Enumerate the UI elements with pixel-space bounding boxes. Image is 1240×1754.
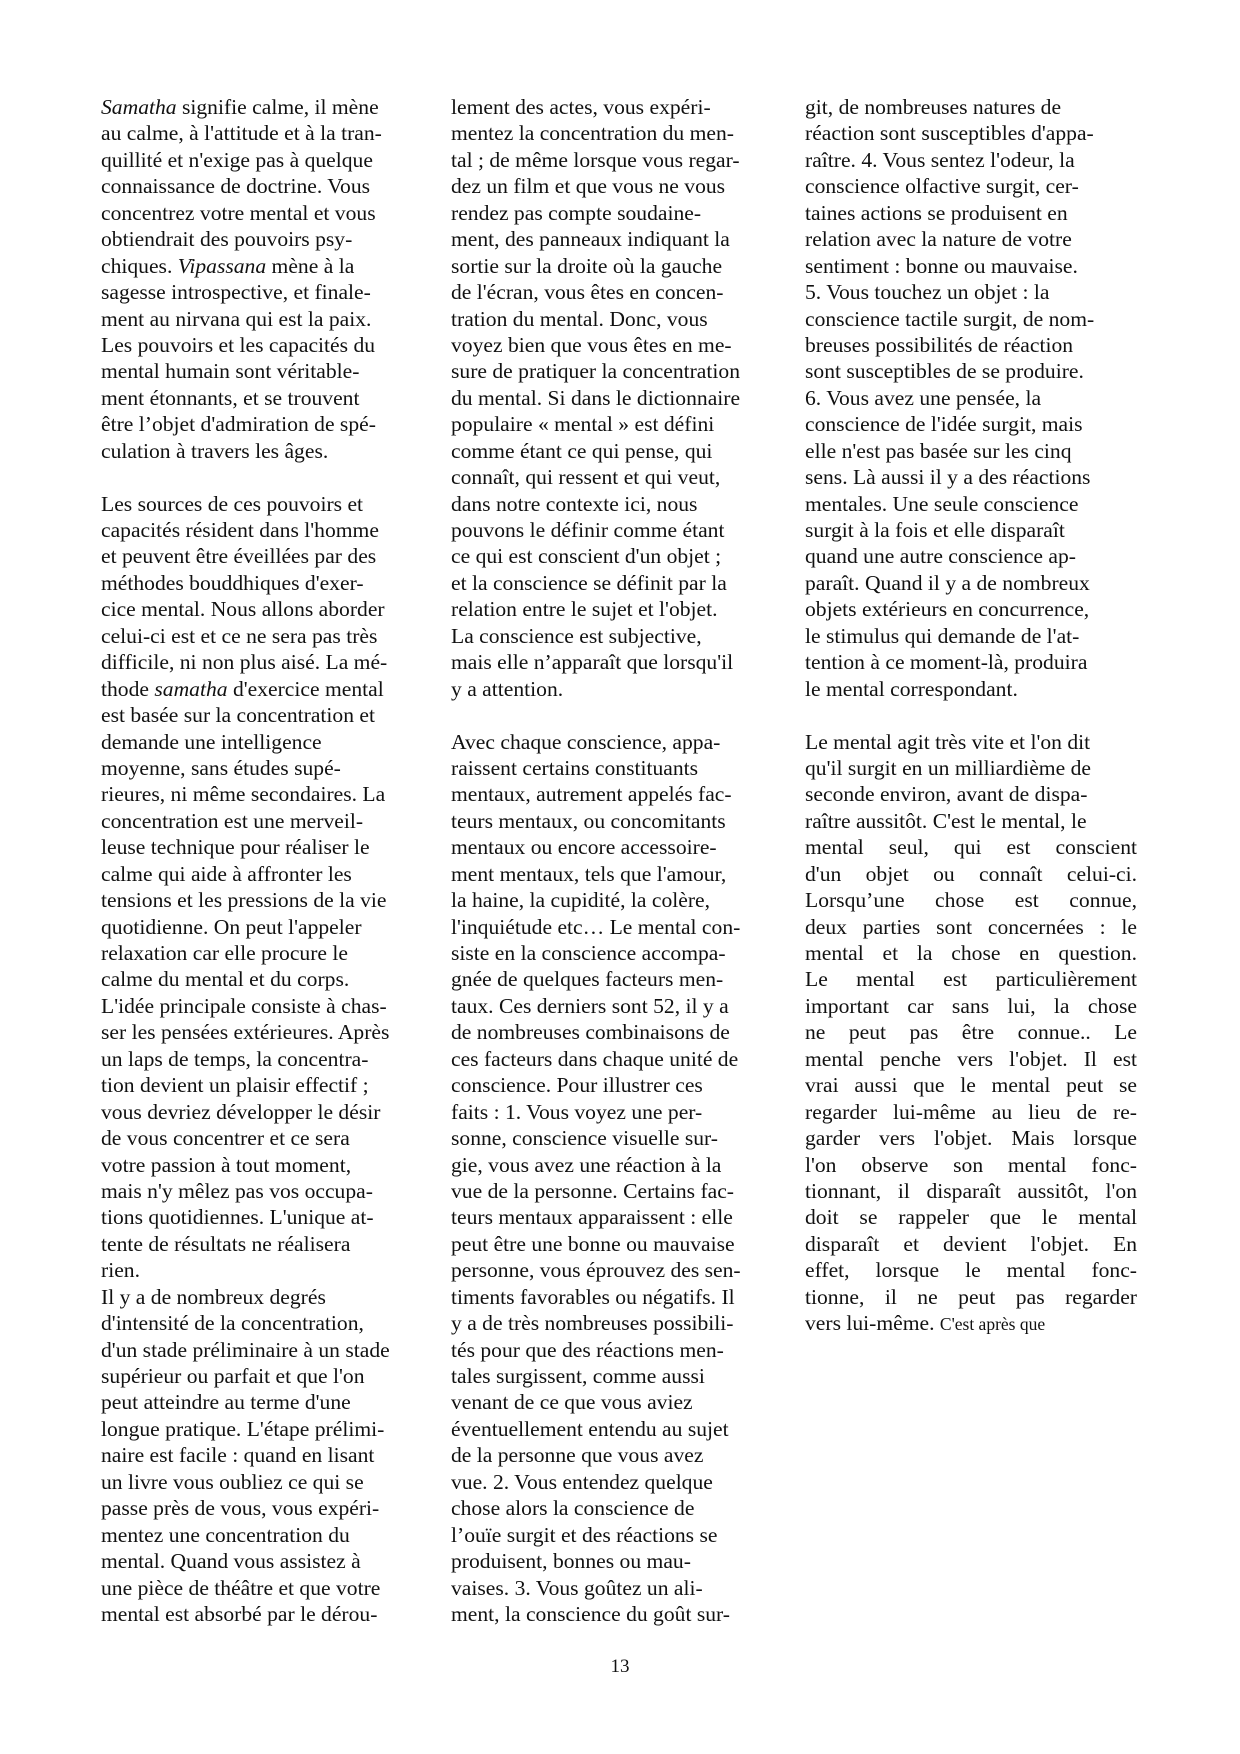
text-line: sentiment : bonne ou mauvaise.: [805, 253, 1137, 279]
text-line: Les pouvoirs et les capacités du: [101, 332, 446, 358]
text-run: de nombreuses combinaisons de: [451, 1020, 730, 1044]
text-line: connaît, qui ressent et qui veut,: [451, 464, 796, 490]
text-run: tensions et les pressions de la vie: [101, 888, 386, 912]
text-run: produisent, bonnes ou mau-: [451, 1549, 691, 1573]
text-run: teurs mentaux apparaissent : elle: [451, 1205, 733, 1229]
text-column-left: Samatha signifie calme, il mèneau calme,…: [101, 94, 446, 1627]
text-line: et peuvent être éveillées par des: [101, 543, 446, 569]
text-line: raître. 4. Vous sentez l'odeur, la: [805, 147, 1137, 173]
text-run: dans notre contexte ici, nous: [451, 492, 697, 516]
text-line: moyenne, sans études supé-: [101, 755, 446, 781]
text-run: vous devriez développer le désir: [101, 1100, 380, 1124]
text-run: conscience olfactive surgit, cer-: [805, 174, 1079, 198]
text-line: voyez bien que vous êtes en me-: [451, 332, 796, 358]
text-run: mental et la chose en question.: [805, 941, 1137, 965]
text-run: deux parties sont concernées : le: [805, 915, 1137, 939]
text-line: raissent certains constituants: [451, 755, 796, 781]
text-line: mais n'y mêlez pas vos occupa-: [101, 1178, 446, 1204]
text-run: relation avec la nature de votre: [805, 227, 1072, 251]
text-line: tention à ce moment-là, produira: [805, 649, 1137, 675]
text-run: regarder lui-même au lieu de re-: [805, 1100, 1137, 1124]
text-line: dans notre contexte ici, nous: [451, 491, 796, 517]
text-line: seconde environ, avant de dispa-: [805, 781, 1137, 807]
text-line: et la conscience se définit par la: [451, 570, 796, 596]
text-line: sonne, conscience visuelle sur-: [451, 1125, 796, 1151]
text-run: voyez bien que vous êtes en me-: [451, 333, 732, 357]
text-line: peut être une bonne ou mauvaise: [451, 1231, 796, 1257]
text-line: obtiendrait des pouvoirs psy-: [101, 226, 446, 252]
text-run: timents favorables ou négatifs. Il: [451, 1285, 735, 1309]
text-line: git, de nombreuses natures de: [805, 94, 1137, 120]
text-line: tions quotidiennes. L'unique at-: [101, 1204, 446, 1230]
text-line: tionne, il ne peut pas regarder: [805, 1284, 1137, 1310]
text-line: peut atteindre au terme d'une: [101, 1389, 446, 1415]
text-line: de la personne que vous avez: [451, 1442, 796, 1468]
text-run: au calme, à l'attitude et à la tran-: [101, 121, 382, 145]
text-run: quotidienne. On peut l'appeler: [101, 915, 362, 939]
text-run: sentiment : bonne ou mauvaise.: [805, 254, 1078, 278]
text-run: vue de la personne. Certains fac-: [451, 1179, 734, 1203]
text-line: naire est facile : quand en lisant: [101, 1442, 446, 1468]
text-line: tration du mental. Donc, vous: [451, 306, 796, 332]
text-line: au calme, à l'attitude et à la tran-: [101, 120, 446, 146]
text-line: objets extérieurs en concurrence,: [805, 596, 1137, 622]
text-run: concentration est une merveil-: [101, 809, 363, 833]
text-run: Le mental agit très vite et l'on dit: [805, 730, 1090, 754]
text-run: cice mental. Nous allons aborder: [101, 597, 385, 621]
text-line: conscience. Pour illustrer ces: [451, 1072, 796, 1098]
text-line: regarder lui-même au lieu de re-: [805, 1099, 1137, 1125]
text-line: d'un objet ou connaît celui-ci.: [805, 861, 1137, 887]
text-run: être l’objet d'admiration de spé-: [101, 412, 376, 436]
text-run: La conscience est subjective,: [451, 624, 702, 648]
text-run: ment, des panneaux indiquant la: [451, 227, 730, 251]
text-line: deux parties sont concernées : le: [805, 914, 1137, 940]
text-line: ment, la conscience du goût sur-: [451, 1601, 796, 1627]
text-run: un laps de temps, la concentra-: [101, 1047, 368, 1071]
text-line: breuses possibilités de réaction: [805, 332, 1137, 358]
text-run: teurs mentaux, ou concomitants: [451, 809, 726, 833]
text-run: relaxation car elle procure le: [101, 941, 348, 965]
text-run: réaction sont susceptibles d'appa-: [805, 121, 1094, 145]
text-run: 6. Vous avez une pensée, la: [805, 386, 1041, 410]
text-run: Avec chaque conscience, appa-: [451, 730, 720, 754]
italic-term: samatha: [154, 677, 227, 701]
text-line: le mental correspondant.: [805, 676, 1137, 702]
text-line: une pièce de théâtre et que votre: [101, 1575, 446, 1601]
text-line: populaire « mental » est défini: [451, 411, 796, 437]
text-run: rieures, ni même secondaires. La: [101, 782, 385, 806]
text-line: gnée de quelques facteurs men-: [451, 966, 796, 992]
text-run: quillité et n'exige pas à quelque: [101, 148, 373, 172]
text-line: teurs mentaux, ou concomitants: [451, 808, 796, 834]
text-run: surgit à la fois et elle disparaît: [805, 518, 1065, 542]
text-run: mais n'y mêlez pas vos occupa-: [101, 1179, 373, 1203]
text-line: mentaux ou encore accessoire-: [451, 834, 796, 860]
text-run: venant de ce que vous aviez: [451, 1390, 693, 1414]
text-line: vrai aussi que le mental peut se: [805, 1072, 1137, 1098]
text-run: seconde environ, avant de dispa-: [805, 782, 1087, 806]
text-run: concentrez votre mental et vous: [101, 201, 376, 225]
text-run: conscience tactile surgit, de nom-: [805, 307, 1094, 331]
text-line: mental seul, qui est conscient: [805, 834, 1137, 860]
text-column-right: git, de nombreuses natures deréaction so…: [805, 94, 1137, 1337]
text-run: mentaux ou encore accessoire-: [451, 835, 717, 859]
text-run: conscience. Pour illustrer ces: [451, 1073, 703, 1097]
text-line: ment mentaux, tels que l'amour,: [451, 861, 796, 887]
text-line: Il y a de nombreux degrés: [101, 1284, 446, 1310]
text-run: mental penche vers l'objet. Il est: [805, 1047, 1137, 1071]
text-run: connaît, qui ressent et qui veut,: [451, 465, 720, 489]
text-run: peut atteindre au terme d'une: [101, 1390, 351, 1414]
text-run: passe près de vous, vous expéri-: [101, 1496, 379, 1520]
text-run: vaises. 3. Vous goûtez un ali-: [451, 1576, 703, 1600]
text-run: leuse technique pour réaliser le: [101, 835, 370, 859]
text-line: de vous concentrer et ce sera: [101, 1125, 446, 1151]
text-run: un livre vous oubliez ce qui se: [101, 1470, 364, 1494]
text-line: effet, lorsque le mental fonc-: [805, 1257, 1137, 1283]
text-run: culation à travers les âges.: [101, 439, 328, 463]
text-line: Lorsqu’une chose est connue,: [805, 887, 1137, 913]
text-line: mais elle n’apparaît que lorsqu'il: [451, 649, 796, 675]
text-run: votre passion à tout moment,: [101, 1153, 351, 1177]
text-run: ment étonnants, et se trouvent: [101, 386, 359, 410]
text-run: rien.: [101, 1258, 140, 1282]
text-line: ne peut pas être connue.. Le: [805, 1019, 1137, 1045]
text-line: lement des actes, vous expéri-: [451, 94, 796, 120]
text-run: gie, vous avez une réaction à la: [451, 1153, 721, 1177]
text-line: ment au nirvana qui est la paix.: [101, 306, 446, 332]
text-line: tionnant, il disparaît aussitôt, l'on: [805, 1178, 1137, 1204]
text-line: quillité et n'exige pas à quelque: [101, 147, 446, 173]
italic-term: Samatha: [101, 95, 177, 119]
text-run: ces facteurs dans chaque unité de: [451, 1047, 738, 1071]
text-line: taux. Ces derniers sont 52, il y a: [451, 993, 796, 1019]
text-run: tente de résultats ne réalisera: [101, 1232, 350, 1256]
text-run: d'exercice mental: [228, 677, 384, 701]
text-line: cice mental. Nous allons aborder: [101, 596, 446, 622]
text-line: raître aussitôt. C'est le mental, le: [805, 808, 1137, 834]
text-line: de l'écran, vous êtes en concen-: [451, 279, 796, 305]
text-line: pouvons le définir comme étant: [451, 517, 796, 543]
text-line: éventuellement entendu au sujet: [451, 1416, 796, 1442]
text-run: difficile, ni non plus aisé. La mé-: [101, 650, 387, 674]
text-line: être l’objet d'admiration de spé-: [101, 411, 446, 437]
text-line: gie, vous avez une réaction à la: [451, 1152, 796, 1178]
text-line: rieures, ni même secondaires. La: [101, 781, 446, 807]
text-run: longue pratique. L'étape prélimi-: [101, 1417, 384, 1441]
text-line: leuse technique pour réaliser le: [101, 834, 446, 860]
text-line: mentales. Une seule conscience: [805, 491, 1137, 517]
text-run: tions quotidiennes. L'unique at-: [101, 1205, 374, 1229]
text-run: le mental correspondant.: [805, 677, 1018, 701]
text-line: sortie sur la droite où la gauche: [451, 253, 796, 279]
text-run: important car sans lui, la chose: [805, 994, 1137, 1018]
text-line: ment, des panneaux indiquant la: [451, 226, 796, 252]
text-line: sure de pratiquer la concentration: [451, 358, 796, 384]
text-line: calme qui aide à affronter les: [101, 861, 446, 887]
text-run: Il y a de nombreux degrés: [101, 1285, 326, 1309]
text-run: tionnant, il disparaît aussitôt, l'on: [805, 1179, 1137, 1203]
text-line: d'un stade préliminaire à un stade: [101, 1337, 446, 1363]
text-line: conscience olfactive surgit, cer-: [805, 173, 1137, 199]
text-line: capacités résident dans l'homme: [101, 517, 446, 543]
text-line: sens. Là aussi il y a des réactions: [805, 464, 1137, 490]
text-run: la haine, la cupidité, la colère,: [451, 888, 710, 912]
text-line: tal ; de même lorsque vous regar-: [451, 147, 796, 173]
text-run: tention à ce moment-là, produira: [805, 650, 1087, 674]
text-run: l'inquiétude etc… Le mental con-: [451, 915, 740, 939]
text-run: celui-ci est et ce ne sera pas très: [101, 624, 377, 648]
text-run: personne, vous éprouvez des sen-: [451, 1258, 741, 1282]
text-line: quand une autre conscience ap-: [805, 543, 1137, 569]
text-run: de vous concentrer et ce sera: [101, 1126, 350, 1150]
text-line: calme du mental et du corps.: [101, 966, 446, 992]
text-run: mental seul, qui est conscient: [805, 835, 1137, 859]
text-run: sens. Là aussi il y a des réactions: [805, 465, 1090, 489]
text-line: vue de la personne. Certains fac-: [451, 1178, 796, 1204]
text-run: vue. 2. Vous entendez quelque: [451, 1470, 713, 1494]
text-line: passe près de vous, vous expéri-: [101, 1495, 446, 1521]
text-line: mentaux, autrement appelés fac-: [451, 781, 796, 807]
text-run: vers lui-même.: [805, 1311, 940, 1335]
text-run: sure de pratiquer la concentration: [451, 359, 740, 383]
text-line: conscience tactile surgit, de nom-: [805, 306, 1137, 332]
text-line: tion devient un plaisir effectif ;: [101, 1072, 446, 1098]
text-line: doit se rappeler que le mental: [805, 1204, 1137, 1230]
text-run: 5. Vous touchez un objet : la: [805, 280, 1050, 304]
text-run: C'est après que: [940, 1314, 1045, 1334]
text-run: mentaux, autrement appelés fac-: [451, 782, 732, 806]
text-line: vers lui-même. C'est après que: [805, 1310, 1137, 1336]
text-line: dez un film et que vous ne vous: [451, 173, 796, 199]
text-run: d'un stade préliminaire à un stade: [101, 1338, 390, 1362]
text-line: taines actions se produisent en: [805, 200, 1137, 226]
text-run: demande une intelligence: [101, 730, 322, 754]
text-line: venant de ce que vous aviez: [451, 1389, 796, 1415]
text-line: personne, vous éprouvez des sen-: [451, 1257, 796, 1283]
text-line: mental penche vers l'objet. Il est: [805, 1046, 1137, 1072]
text-line: l'inquiétude etc… Le mental con-: [451, 914, 796, 940]
text-run: méthodes bouddhiques d'exer-: [101, 571, 364, 595]
text-line: mental. Quand vous assistez à: [101, 1548, 446, 1574]
text-run: signifie calme, il mène: [177, 95, 379, 119]
paragraph-break: [451, 702, 796, 728]
text-line: vue. 2. Vous entendez quelque: [451, 1469, 796, 1495]
text-line: tente de résultats ne réalisera: [101, 1231, 446, 1257]
text-line: surgit à la fois et elle disparaît: [805, 517, 1137, 543]
text-line: longue pratique. L'étape prélimi-: [101, 1416, 446, 1442]
text-run: taines actions se produisent en: [805, 201, 1068, 225]
text-line: Les sources de ces pouvoirs et: [101, 491, 446, 517]
text-line: ces facteurs dans chaque unité de: [451, 1046, 796, 1072]
text-run: obtiendrait des pouvoirs psy-: [101, 227, 352, 251]
text-run: de la personne que vous avez: [451, 1443, 703, 1467]
text-line: siste en la conscience accompa-: [451, 940, 796, 966]
text-run: doit se rappeler que le mental: [805, 1205, 1137, 1229]
text-run: disparaît et devient l'objet. En: [805, 1232, 1137, 1256]
text-line: quotidienne. On peut l'appeler: [101, 914, 446, 940]
text-line: 6. Vous avez une pensée, la: [805, 385, 1137, 411]
text-line: concentrez votre mental et vous: [101, 200, 446, 226]
text-column-middle: lement des actes, vous expéri-mentez la …: [451, 94, 796, 1627]
text-run: mental. Quand vous assistez à: [101, 1549, 361, 1573]
text-run: vrai aussi que le mental peut se: [805, 1073, 1137, 1097]
document-page: Samatha signifie calme, il mèneau calme,…: [0, 0, 1240, 1754]
text-line: mentez une concentration du: [101, 1522, 446, 1548]
text-line: comme étant ce qui pense, qui: [451, 438, 796, 464]
text-line: mentez la concentration du men-: [451, 120, 796, 146]
text-run: Le mental est particulièrement: [805, 967, 1137, 991]
text-line: du mental. Si dans le dictionnaire: [451, 385, 796, 411]
text-line: difficile, ni non plus aisé. La mé-: [101, 649, 446, 675]
text-line: un laps de temps, la concentra-: [101, 1046, 446, 1072]
text-run: peut être une bonne ou mauvaise: [451, 1232, 735, 1256]
text-run: et peuvent être éveillées par des: [101, 544, 376, 568]
text-run: éventuellement entendu au sujet: [451, 1417, 729, 1441]
text-run: gnée de quelques facteurs men-: [451, 967, 723, 991]
text-line: réaction sont susceptibles d'appa-: [805, 120, 1137, 146]
text-run: le stimulus qui demande de l'at-: [805, 624, 1079, 648]
text-run: raître aussitôt. C'est le mental, le: [805, 809, 1087, 833]
text-run: tal ; de même lorsque vous regar-: [451, 148, 740, 172]
text-run: pouvons le définir comme étant: [451, 518, 724, 542]
text-run: git, de nombreuses natures de: [805, 95, 1061, 119]
text-line: Le mental agit très vite et l'on dit: [805, 729, 1137, 755]
text-run: L'idée principale consiste à chas-: [101, 994, 387, 1018]
text-run: paraît. Quand il y a de nombreux: [805, 571, 1090, 595]
text-run: sagesse introspective, et finale-: [101, 280, 371, 304]
text-line: faits : 1. Vous voyez une per-: [451, 1099, 796, 1125]
text-run: tration du mental. Donc, vous: [451, 307, 708, 331]
text-line: thode samatha d'exercice mental: [101, 676, 446, 702]
text-run: Lorsqu’une chose est connue,: [805, 888, 1137, 912]
text-run: dez un film et que vous ne vous: [451, 174, 725, 198]
text-run: ne peut pas être connue.. Le: [805, 1020, 1137, 1044]
text-run: raître. 4. Vous sentez l'odeur, la: [805, 148, 1075, 172]
text-run: mentez la concentration du men-: [451, 121, 734, 145]
text-run: tionne, il ne peut pas regarder: [805, 1285, 1137, 1309]
text-line: La conscience est subjective,: [451, 623, 796, 649]
text-run: garder vers l'objet. Mais lorsque: [805, 1126, 1137, 1150]
text-run: mentez une concentration du: [101, 1523, 350, 1547]
text-run: tés pour que des réactions men-: [451, 1338, 724, 1362]
text-line: méthodes bouddhiques d'exer-: [101, 570, 446, 596]
text-line: ser les pensées extérieures. Après: [101, 1019, 446, 1045]
text-run: comme étant ce qui pense, qui: [451, 439, 712, 463]
text-line: garder vers l'objet. Mais lorsque: [805, 1125, 1137, 1151]
text-line: ment étonnants, et se trouvent: [101, 385, 446, 411]
text-line: rendez pas compte soudaine-: [451, 200, 796, 226]
text-line: produisent, bonnes ou mau-: [451, 1548, 796, 1574]
text-run: moyenne, sans études supé-: [101, 756, 341, 780]
text-run: sont susceptibles de se produire.: [805, 359, 1084, 383]
text-run: elle n'est pas basée sur les cinq: [805, 439, 1072, 463]
text-line: ce qui est conscient d'un objet ;: [451, 543, 796, 569]
text-run: et la conscience se définit par la: [451, 571, 727, 595]
text-run: Les sources de ces pouvoirs et: [101, 492, 363, 516]
text-run: y a de très nombreuses possibili-: [451, 1311, 733, 1335]
paragraph-break: [101, 464, 446, 490]
text-line: supérieur ou parfait et que l'on: [101, 1363, 446, 1389]
text-run: faits : 1. Vous voyez une per-: [451, 1100, 702, 1124]
text-run: qu'il surgit en un milliardième de: [805, 756, 1091, 780]
text-line: vaises. 3. Vous goûtez un ali-: [451, 1575, 796, 1601]
text-run: une pièce de théâtre et que votre: [101, 1576, 380, 1600]
text-line: conscience de l'idée surgit, mais: [805, 411, 1137, 437]
text-run: calme qui aide à affronter les: [101, 862, 352, 886]
italic-term: Vipassana: [178, 254, 266, 278]
text-line: chose alors la conscience de: [451, 1495, 796, 1521]
text-line: votre passion à tout moment,: [101, 1152, 446, 1178]
text-line: qu'il surgit en un milliardième de: [805, 755, 1137, 781]
text-line: Avec chaque conscience, appa-: [451, 729, 796, 755]
text-run: conscience de l'idée surgit, mais: [805, 412, 1083, 436]
text-run: objets extérieurs en concurrence,: [805, 597, 1089, 621]
text-run: de l'écran, vous êtes en concen-: [451, 280, 723, 304]
text-line: l’ouïe surgit et des réactions se: [451, 1522, 796, 1548]
text-line: tales surgissent, comme aussi: [451, 1363, 796, 1389]
text-run: populaire « mental » est défini: [451, 412, 714, 436]
text-line: 5. Vous touchez un objet : la: [805, 279, 1137, 305]
text-line: la haine, la cupidité, la colère,: [451, 887, 796, 913]
text-line: Samatha signifie calme, il mène: [101, 94, 446, 120]
text-line: relaxation car elle procure le: [101, 940, 446, 966]
text-line: relation avec la nature de votre: [805, 226, 1137, 252]
text-line: disparaît et devient l'objet. En: [805, 1231, 1137, 1257]
text-line: d'intensité de la concentration,: [101, 1310, 446, 1336]
text-run: ser les pensées extérieures. Après: [101, 1020, 389, 1044]
text-run: mental humain sont véritable-: [101, 359, 359, 383]
text-run: Les pouvoirs et les capacités du: [101, 333, 375, 357]
text-line: y a attention.: [451, 676, 796, 702]
text-run: breuses possibilités de réaction: [805, 333, 1073, 357]
text-run: effet, lorsque le mental fonc-: [805, 1258, 1137, 1282]
text-run: connaissance de doctrine. Vous: [101, 174, 370, 198]
text-line: mental est absorbé par le dérou-: [101, 1601, 446, 1627]
text-run: sortie sur la droite où la gauche: [451, 254, 722, 278]
text-line: paraît. Quand il y a de nombreux: [805, 570, 1137, 596]
text-run: mental est absorbé par le dérou-: [101, 1602, 377, 1626]
text-run: mène à la: [266, 254, 354, 278]
text-run: quand une autre conscience ap-: [805, 544, 1076, 568]
text-line: mental humain sont véritable-: [101, 358, 446, 384]
text-run: calme du mental et du corps.: [101, 967, 349, 991]
text-line: tensions et les pressions de la vie: [101, 887, 446, 913]
text-run: thode: [101, 677, 154, 701]
text-line: elle n'est pas basée sur les cinq: [805, 438, 1137, 464]
text-run: lement des actes, vous expéri-: [451, 95, 711, 119]
text-line: rien.: [101, 1257, 446, 1283]
text-run: supérieur ou parfait et que l'on: [101, 1364, 365, 1388]
text-line: sont susceptibles de se produire.: [805, 358, 1137, 384]
text-run: l’ouïe surgit et des réactions se: [451, 1523, 717, 1547]
text-run: ment mentaux, tels que l'amour,: [451, 862, 726, 886]
text-run: relation entre le sujet et l'objet.: [451, 597, 718, 621]
text-run: naire est facile : quand en lisant: [101, 1443, 374, 1467]
text-run: taux. Ces derniers sont 52, il y a: [451, 994, 729, 1018]
text-line: chiques. Vipassana mène à la: [101, 253, 446, 279]
text-line: de nombreuses combinaisons de: [451, 1019, 796, 1045]
text-line: concentration est une merveil-: [101, 808, 446, 834]
text-line: mental et la chose en question.: [805, 940, 1137, 966]
text-run: du mental. Si dans le dictionnaire: [451, 386, 740, 410]
text-run: chose alors la conscience de: [451, 1496, 694, 1520]
text-run: sonne, conscience visuelle sur-: [451, 1126, 718, 1150]
text-run: y a attention.: [451, 677, 563, 701]
text-line: connaissance de doctrine. Vous: [101, 173, 446, 199]
text-line: est basée sur la concentration et: [101, 702, 446, 728]
